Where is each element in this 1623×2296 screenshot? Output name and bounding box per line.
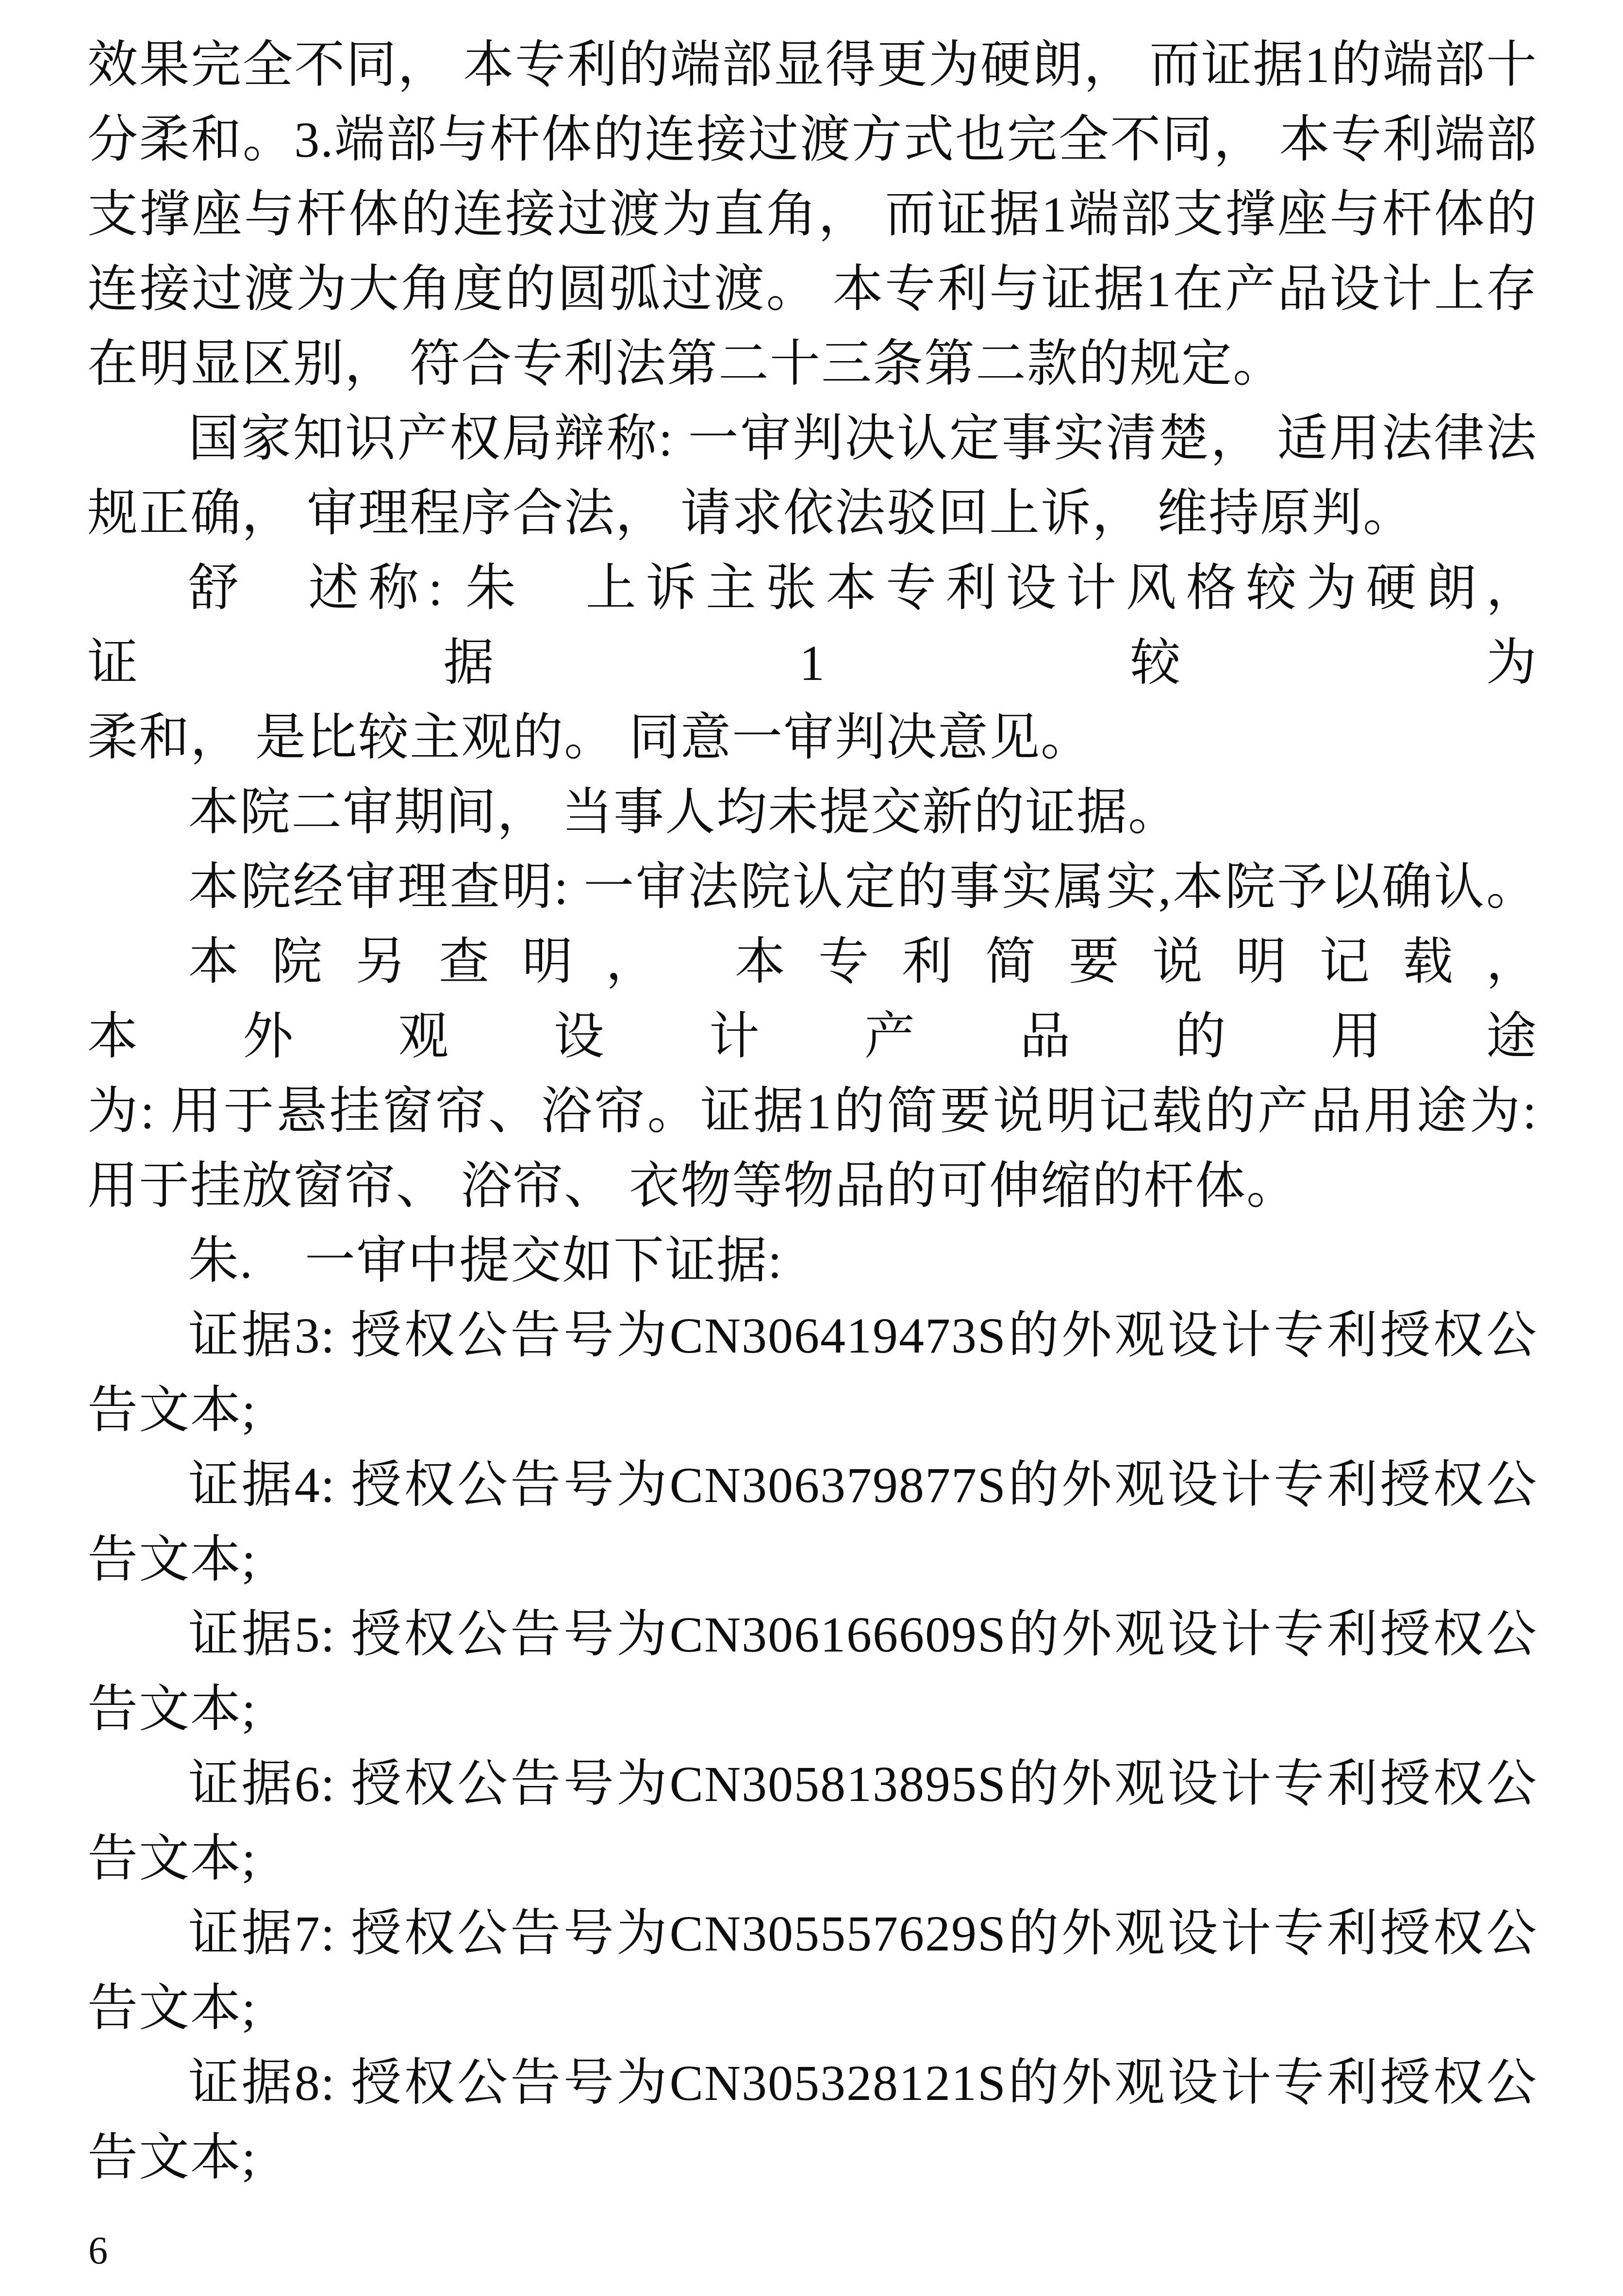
text-line: 证据6: 授权公告号为CN305813895S的外观设计专利授权公 xyxy=(87,1747,1538,1822)
text-line: 证据4: 授权公告号为CN306379877S的外观设计专利授权公 xyxy=(87,1448,1538,1523)
text-line: 本院另查明， 本专利简要说明记载， 本外观设计产品的用途 xyxy=(87,925,1538,1074)
text-line: 国家知识产权局辩称: 一审判决认定事实清楚， 适用法律法 xyxy=(87,402,1538,477)
text-line: 告文本; xyxy=(87,1523,1538,1598)
text-line: 证据5: 授权公告号为CN306166609S的外观设计专利授权公 xyxy=(87,1598,1538,1672)
text-line: 舒 述称: 朱 上诉主张本专利设计风格较为硬朗， 证据1较为 xyxy=(87,551,1538,701)
document-page: 效果完全不同， 本专利的端部显得更为硬朗， 而证据1的端部十分柔和。3.端部与杆… xyxy=(0,0,1623,2296)
text-line: 告文本; xyxy=(87,2121,1538,2196)
text-line: 规正确， 审理程序合法， 请求依法驳回上诉， 维持原判。 xyxy=(87,477,1538,551)
text-line: 支撑座与杆体的连接过渡为直角， 而证据1端部支撑座与杆体的 xyxy=(87,178,1538,252)
text-line: 连接过渡为大角度的圆弧过渡。 本专利与证据1在产品设计上存 xyxy=(87,252,1538,327)
text-line: 告文本; xyxy=(87,1672,1538,1747)
text-line: 用于挂放窗帘、 浴帘、 衣物等物品的可伸缩的杆体。 xyxy=(87,1149,1538,1224)
text-line: 告文本; xyxy=(87,1373,1538,1448)
text-line: 效果完全不同， 本专利的端部显得更为硬朗， 而证据1的端部十 xyxy=(87,28,1538,103)
text-line: 证据7: 授权公告号为CN305557629S的外观设计专利授权公 xyxy=(87,1897,1538,1971)
text-line: 告文本; xyxy=(87,1822,1538,1897)
text-line: 朱. 一审中提交如下证据: xyxy=(87,1224,1538,1299)
text-line: 证据8: 授权公告号为CN305328121S的外观设计专利授权公 xyxy=(87,2046,1538,2121)
text-line: 本院二审期间， 当事人均未提交新的证据。 xyxy=(87,776,1538,850)
text-line: 在明显区别， 符合专利法第二十三条第二款的规定。 xyxy=(87,327,1538,402)
text-line: 分柔和。3.端部与杆体的连接过渡方式也完全不同， 本专利端部 xyxy=(87,103,1538,178)
text-line: 为: 用于悬挂窗帘、浴帘。证据1的简要说明记载的产品用途为: xyxy=(87,1074,1538,1149)
judgment-text: 效果完全不同， 本专利的端部显得更为硬朗， 而证据1的端部十分柔和。3.端部与杆… xyxy=(87,28,1538,2196)
text-line: 证据3: 授权公告号为CN306419473S的外观设计专利授权公 xyxy=(87,1299,1538,1373)
text-line: 柔和， 是比较主观的。 同意一审判决意见。 xyxy=(87,701,1538,776)
text-line: 告文本; xyxy=(87,1971,1538,2046)
text-line: 本院经审理查明: 一审法院认定的事实属实,本院予以确认。 xyxy=(87,850,1538,925)
page-number: 6 xyxy=(88,2227,108,2275)
